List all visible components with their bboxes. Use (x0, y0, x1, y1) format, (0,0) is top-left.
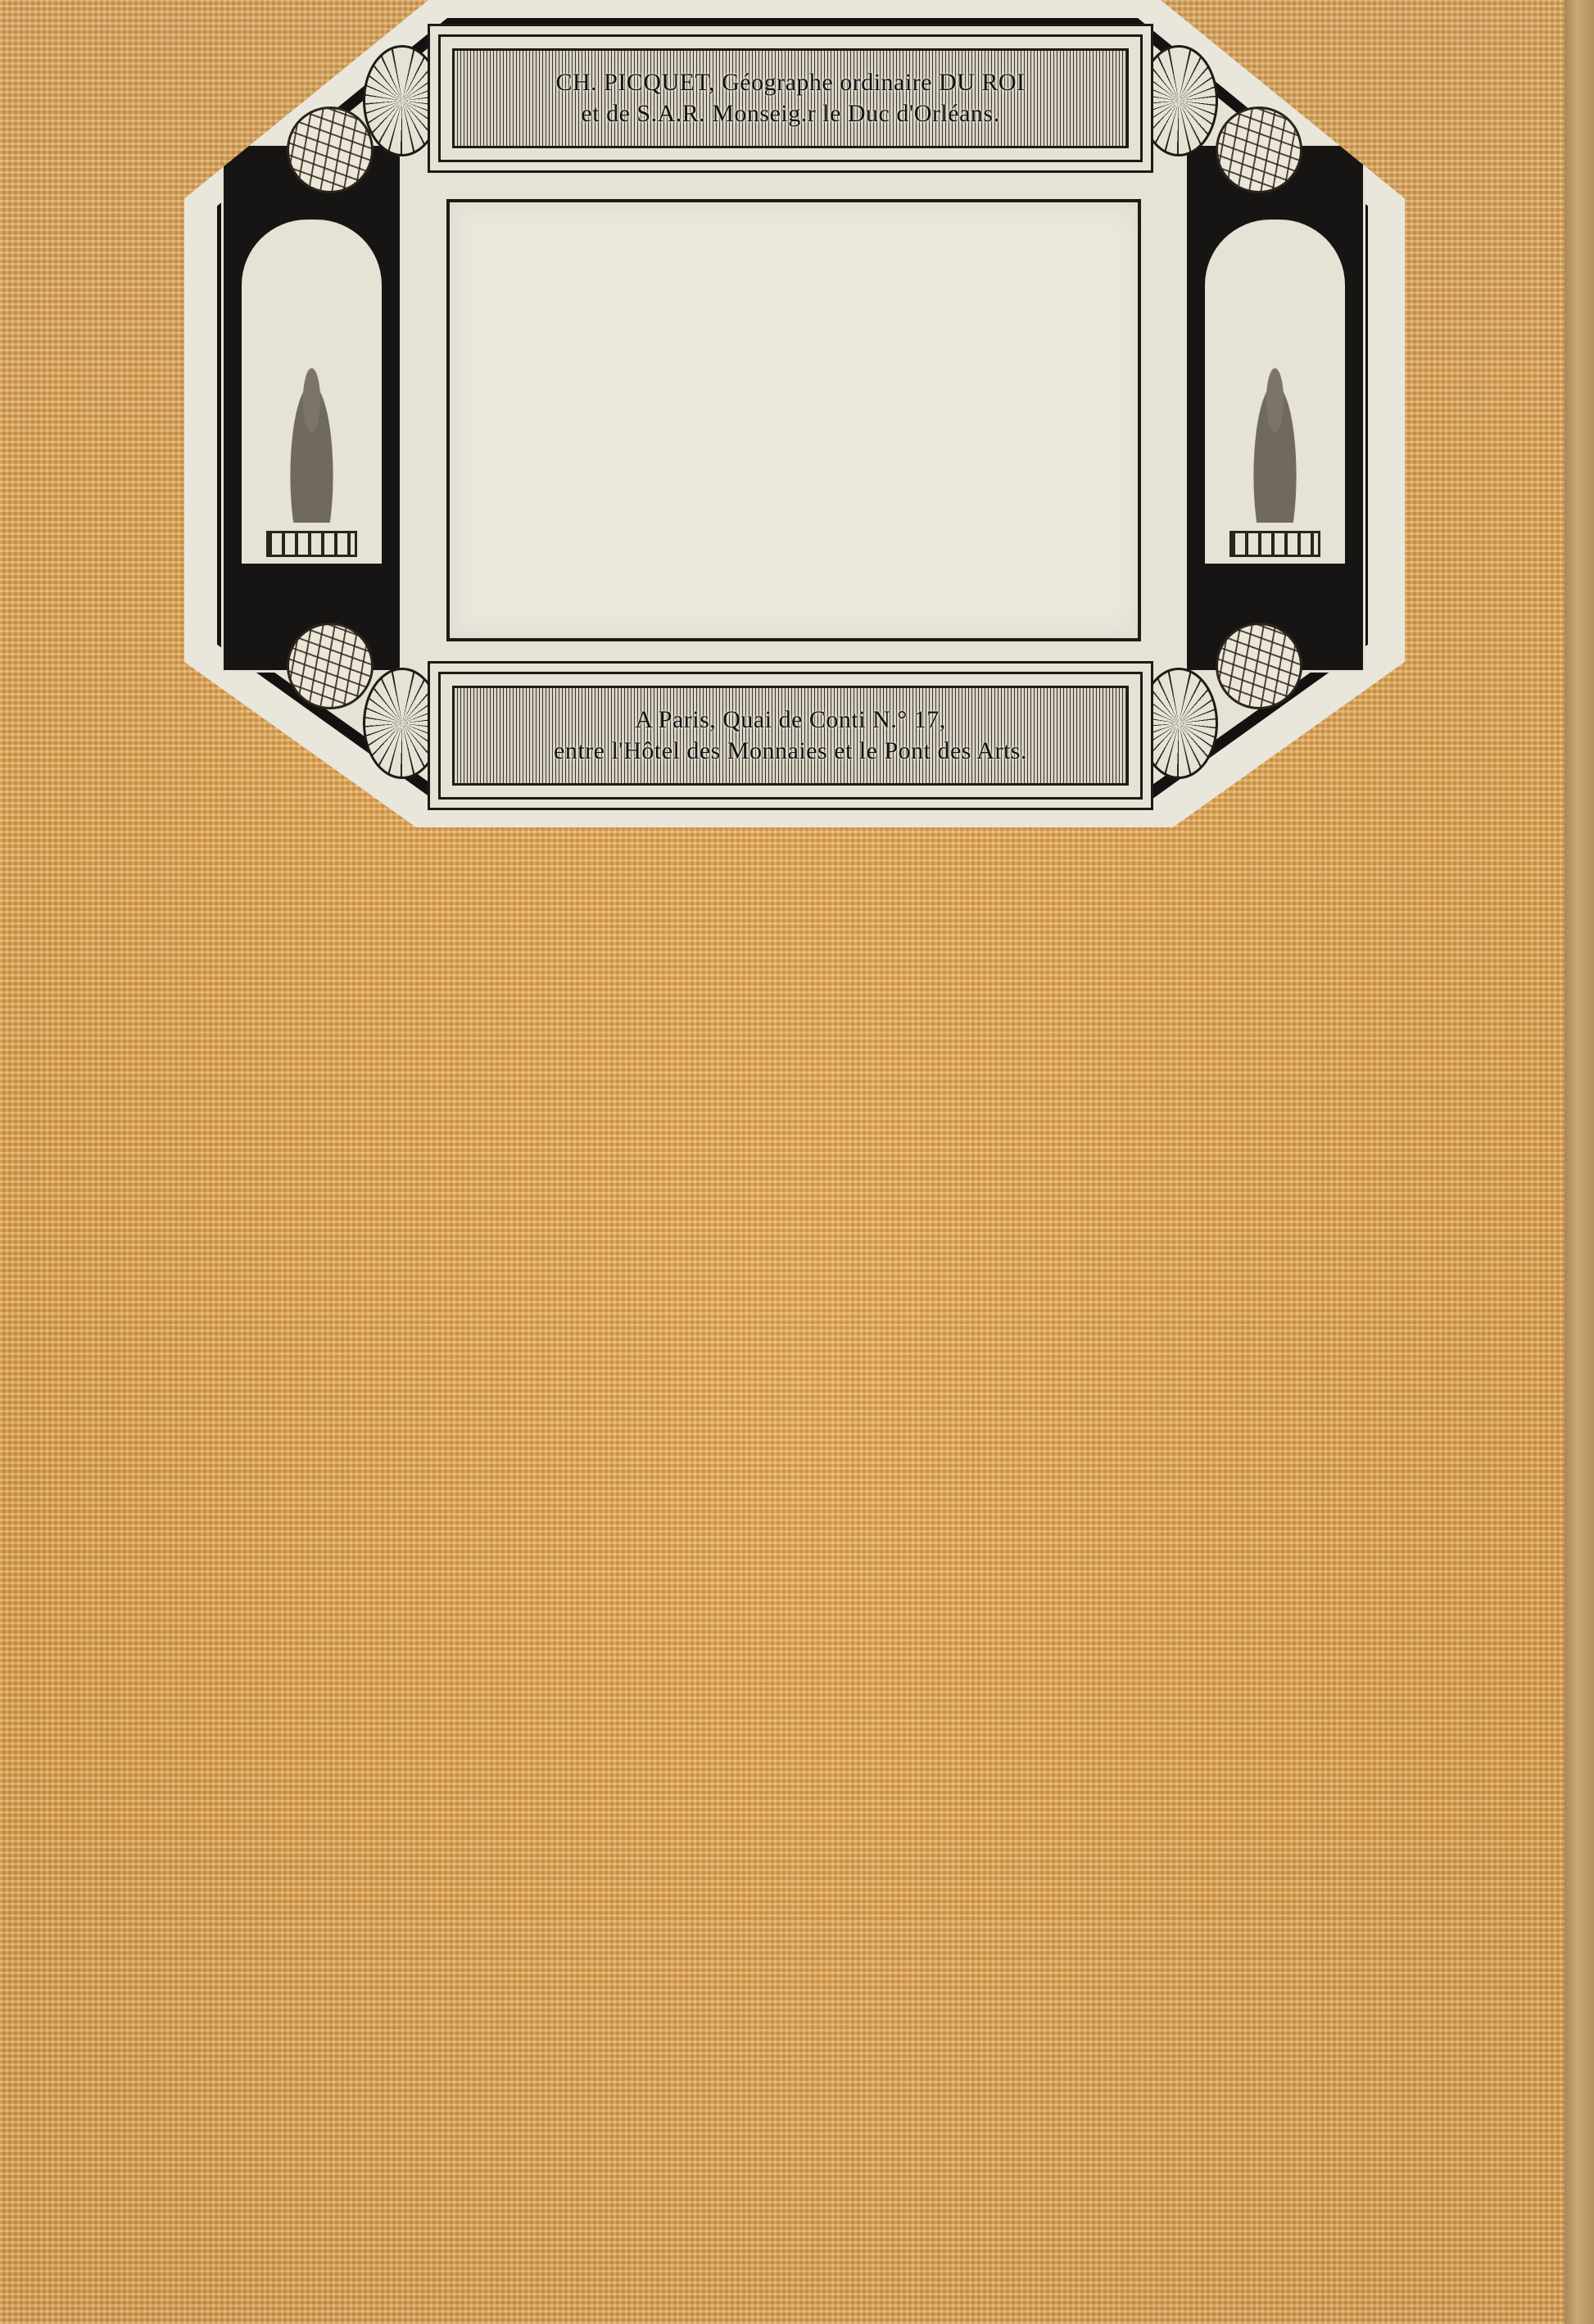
top-banner-inner: CH. PICQUET, Géographe ordinaire DU ROI … (452, 48, 1129, 148)
right-ornament-panel (1184, 143, 1365, 673)
pedestal-right (1229, 531, 1320, 557)
gothic-arch-left (242, 220, 382, 564)
gothic-arch-right (1205, 220, 1345, 564)
seated-figure-scroll-icon (278, 334, 345, 523)
bottom-banner-inner: A Paris, Quai de Conti N.° 17, entre l'H… (452, 686, 1129, 786)
publisher-name: CH. PICQUET, Géographe ordinaire DU ROI (556, 67, 1026, 98)
publisher-location: entre l'Hôtel des Monnaies et le Pont de… (554, 736, 1027, 767)
book-edge (1565, 0, 1594, 2324)
pedestal-left (266, 531, 357, 557)
globe-icon (1216, 623, 1302, 709)
globe-icon (287, 623, 374, 709)
bottom-banner: A Paris, Quai de Conti N.° 17, entre l'H… (438, 672, 1143, 800)
left-ornament-panel (221, 143, 402, 673)
publisher-label: CH. PICQUET, Géographe ordinaire DU ROI … (184, 0, 1405, 827)
publisher-address: A Paris, Quai de Conti N.° 17, (635, 704, 945, 736)
rosette-icon (363, 45, 442, 156)
publisher-patron: et de S.A.R. Monseig.r le Duc d'Orléans. (581, 98, 999, 129)
blank-title-cartouche (446, 199, 1141, 641)
rosette-icon (1139, 45, 1218, 156)
globe-icon (287, 106, 374, 193)
globe-icon (1216, 106, 1302, 193)
rosette-icon (363, 668, 442, 779)
seated-figure-globe-icon (1242, 334, 1308, 523)
rosette-icon (1139, 668, 1218, 779)
top-banner: CH. PICQUET, Géographe ordinaire DU ROI … (438, 34, 1143, 162)
